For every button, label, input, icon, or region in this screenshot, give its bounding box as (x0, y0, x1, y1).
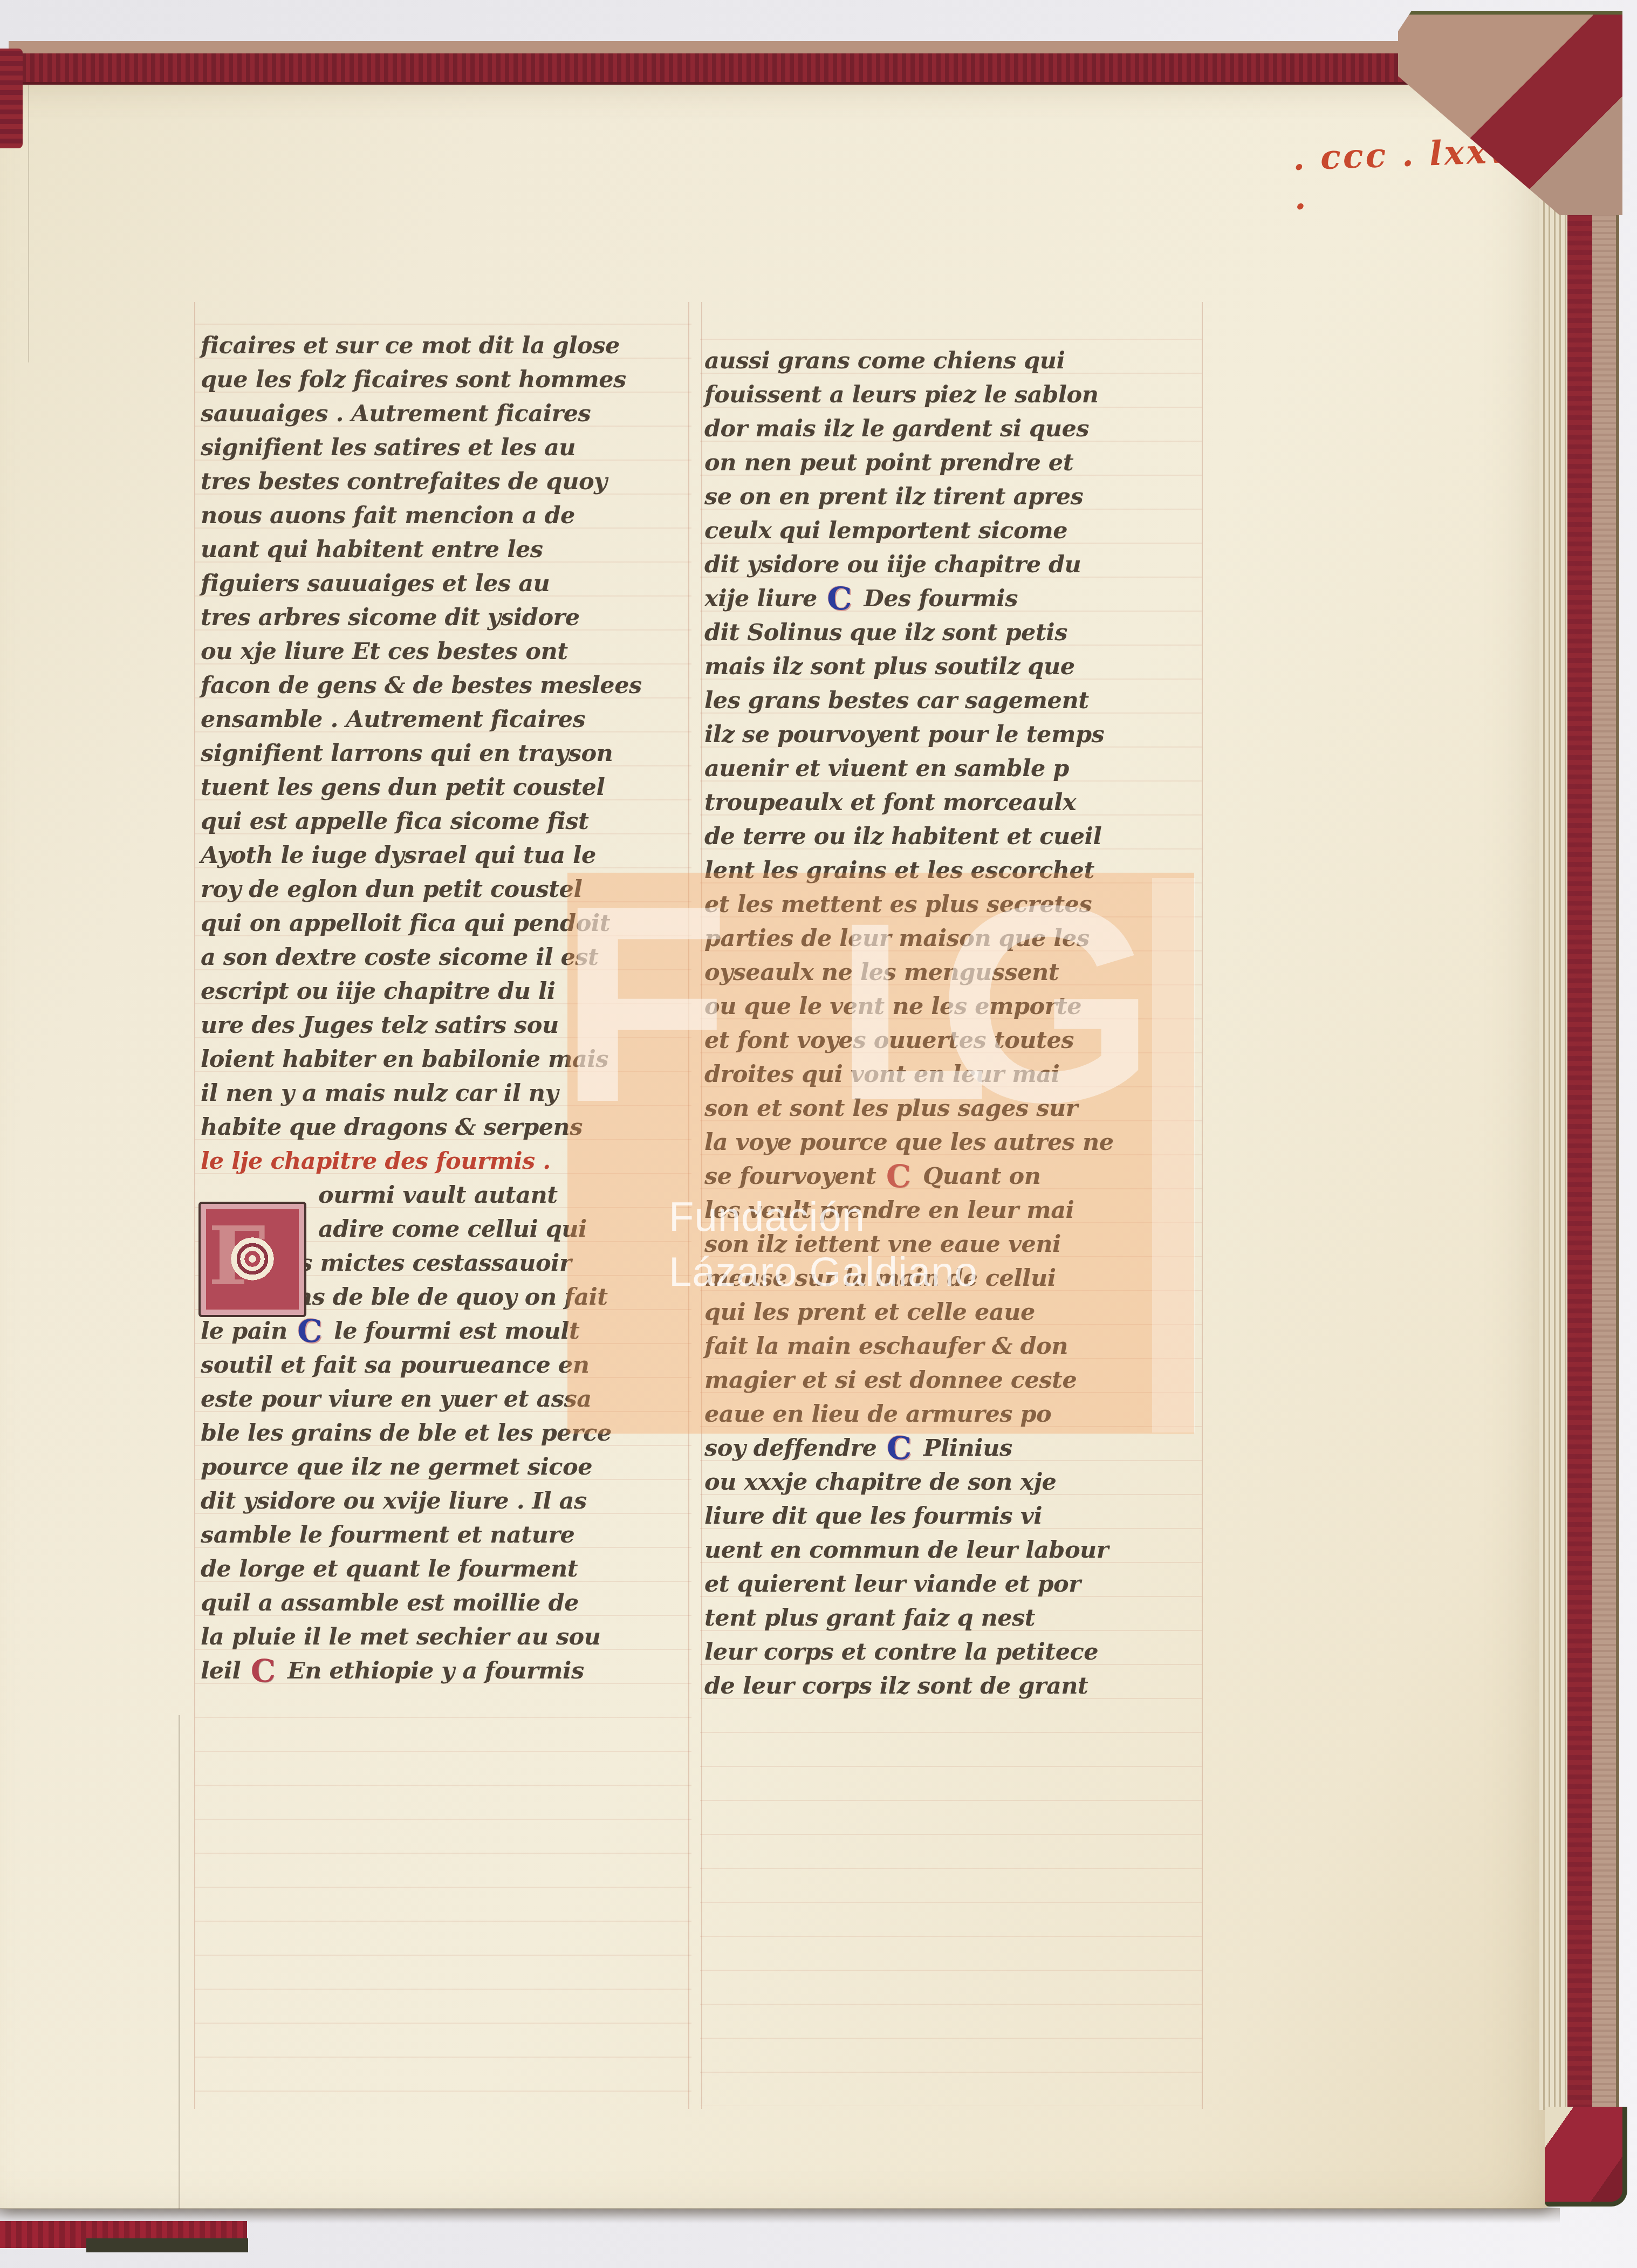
text-line: uent en commun de leur labour (704, 1533, 1202, 1567)
text-line: liure dit que les fourmis vi (704, 1499, 1202, 1533)
watermark-letter-g: G (937, 869, 1155, 1139)
page-fore-edge (1539, 81, 1567, 2110)
text-line: signifient les satires et les au (201, 431, 693, 465)
text-line: ilz se pourvoyent pour le temps (704, 718, 1202, 752)
text-line: et quierent leur viande et por (704, 1567, 1202, 1601)
text-line: xije liure C Des fourmis (704, 582, 1202, 616)
inline-initial-blue: C (295, 1320, 326, 1342)
text-line: ou xxxje chapitre de son xje (704, 1465, 1202, 1499)
text-line: pource que ilz ne germet sicoe (201, 1450, 693, 1484)
inline-initial-blue: C (825, 588, 856, 609)
inline-initial-blue: C (885, 1437, 916, 1459)
text-line: facon de gens & de bestes meslees (201, 669, 693, 703)
text-line: leil C En ethiopie y a fourmis (201, 1654, 693, 1688)
text-line: se on en prent ilz tirent apres (704, 480, 1202, 514)
text-line: samble le fourment et nature (201, 1518, 693, 1552)
text-line: figuiers sauuaiges et les au (201, 567, 693, 601)
gutter-crease (179, 1715, 180, 2209)
text-line: auenir et viuent en samble p (704, 752, 1202, 786)
manuscript-photo: . ccc . lxxviij . ficaires et sur ce mot… (0, 0, 1637, 2268)
text-line: tres arbres sicome dit ysidore (201, 601, 693, 635)
text-line: troupeaulx et font morceaulx (704, 786, 1202, 820)
velvet-binding-right-outer (1592, 15, 1619, 2202)
ruling-vertical (1202, 302, 1203, 2109)
watermark-caption-line1: Fundación (669, 1190, 978, 1245)
text-line: ceulx qui lemportent sicome (704, 514, 1202, 548)
text-line: fouissent a leurs piez le sablon (704, 378, 1202, 412)
inline-initial-red: C (249, 1660, 280, 1682)
ruling-vertical (194, 302, 195, 2109)
text-line: ou xje liure Et ces bestes ont (201, 635, 693, 669)
text-line: aussi grans come chiens qui (704, 344, 1202, 378)
velvet-binding-topleft (0, 49, 23, 148)
watermark-caption-line2: Lázaro Galdiano (669, 1245, 978, 1300)
cover-edge-dark (86, 2238, 248, 2252)
text-line: tuent les gens dun petit coustel (201, 771, 693, 805)
text-line: les grans bestes car sagement (704, 684, 1202, 718)
text-line: que les folz ficaires sont hommes (201, 363, 693, 397)
velvet-binding-top (9, 41, 1583, 85)
watermark-caption: Fundación Lázaro Galdiano (669, 1190, 978, 1300)
text-line: de lorge et quant le fourment (201, 1552, 693, 1586)
text-line: soy deffendre C Plinius (704, 1431, 1202, 1465)
watermark-band (1152, 878, 1195, 1433)
text-line: dit Solinus que ilz sont petis (704, 616, 1202, 650)
text-line: leur corps et contre la petitece (704, 1635, 1202, 1669)
text-line: sauuaiges . Autrement ficaires (201, 397, 693, 431)
text-line: quil a assamble est moillie de (201, 1586, 693, 1620)
decorated-initial-F: F (198, 1202, 306, 1317)
text-line: dor mais ilz le gardent si ques (704, 412, 1202, 446)
watermark-letter-f: F (559, 869, 730, 1139)
text-line: qui est appelle fica sicome fist (201, 805, 693, 839)
text-line: mais ilz sont plus soutilz que (704, 650, 1202, 684)
text-line: nous auons fait mencion a de (201, 499, 693, 533)
cover-corner-bottom-right (1545, 2107, 1627, 2207)
text-line: on nen peut point prendre et (704, 446, 1202, 480)
initial-rosette (231, 1237, 274, 1280)
page-crease (28, 82, 29, 362)
text-line: dit ysidore ou xvije liure . Il as (201, 1484, 693, 1518)
text-line: ensamble . Autrement ficaires (201, 703, 693, 737)
text-line: tent plus grant faiz q nest (704, 1601, 1202, 1635)
text-line: uant qui habitent entre les (201, 533, 693, 567)
text-line: de leur corps ilz sont de grant (704, 1669, 1202, 1703)
velvet-binding-right (1567, 16, 1592, 2202)
text-line: signifient larrons qui en trayson (201, 737, 693, 771)
text-line: la pluie il le met sechier au sou (201, 1620, 693, 1654)
text-line: ficaires et sur ce mot dit la glose (201, 329, 693, 363)
text-line: dit ysidore ou iije chapitre du (704, 548, 1202, 582)
text-line: tres bestes contrefaites de quoy (201, 465, 693, 499)
